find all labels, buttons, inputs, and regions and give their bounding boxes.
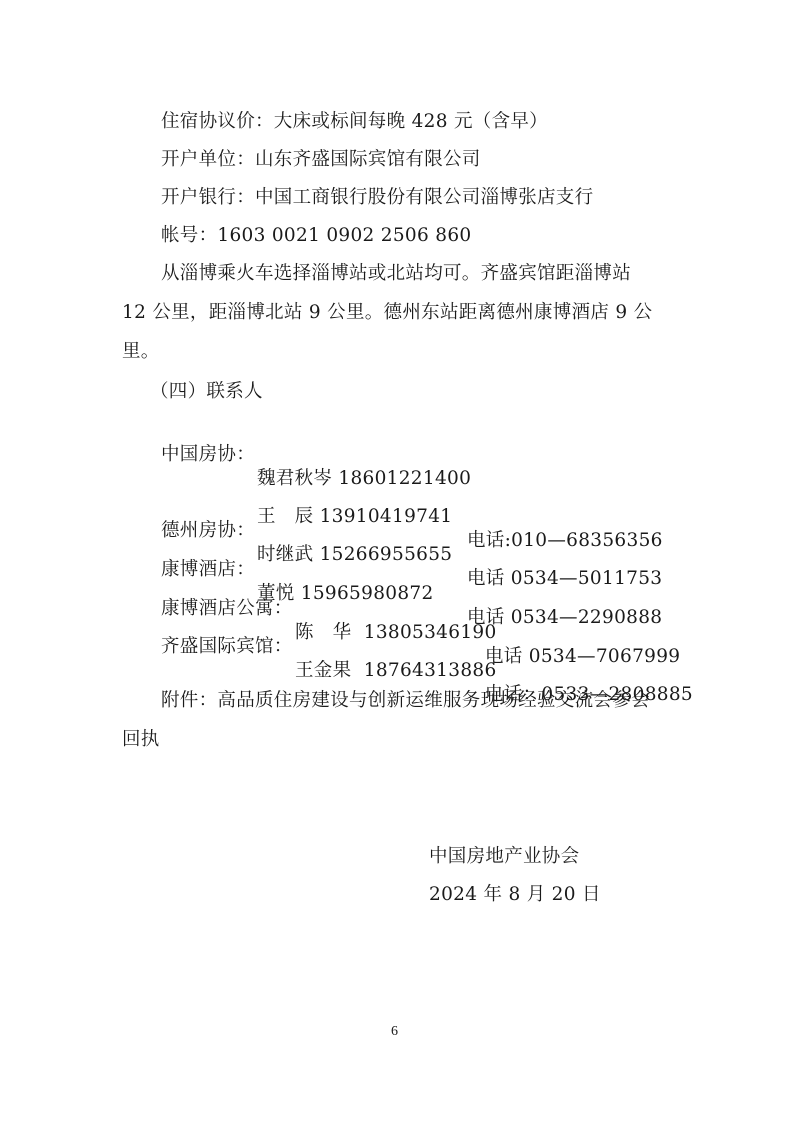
contacts-heading: （四）联系人	[150, 380, 263, 404]
attachment-line-2: 回执	[122, 728, 160, 752]
contact-person: 陈 华 13805346190	[295, 621, 497, 645]
contact-row: 齐盛国际宾馆： 王金果 18764313886 电话：0533—2808885	[161, 611, 186, 731]
page-number: 6	[391, 1024, 398, 1040]
contact-org: 齐盛国际宾馆：	[161, 635, 293, 659]
attachment-line-1: 附件：高品质住房建设与创新运维服务现场经验交流会参会	[161, 689, 650, 713]
transport-paragraph-line-1: 从淄博乘火车选择淄博站或北站均可。齐盛宾馆距淄博站	[161, 262, 631, 286]
contact-phone: 电话 0534—5011753	[467, 567, 662, 591]
lodging-price-line: 住宿协议价：大床或标间每晚 428 元（含早）	[161, 110, 548, 134]
contact-person: 魏君秋岑 18601221400	[257, 467, 471, 491]
account-holder-line: 开户单位：山东齐盛国际宾馆有限公司	[161, 148, 481, 172]
contact-person: 王金果 18764313886	[295, 659, 497, 683]
account-number-line: 帐号：1603 0021 0902 2506 860	[161, 224, 471, 248]
contact-person: 时继武 15266955655	[257, 543, 452, 567]
signature-organization: 中国房地产业协会	[429, 845, 579, 869]
contact-phone: 电话 0534—7067999	[485, 645, 680, 669]
transport-paragraph-line-2: 12 公里，距淄博北站 9 公里。德州东站距离德州康博酒店 9 公	[122, 301, 652, 325]
transport-paragraph-line-3: 里。	[122, 340, 160, 364]
signature-date: 2024 年 8 月 20 日	[429, 883, 601, 907]
contact-person: 王 辰 13910419741	[257, 505, 452, 529]
contact-phone: 电话:010—68356356	[467, 529, 663, 553]
bank-line: 开户银行：中国工商银行股份有限公司淄博张店支行	[161, 186, 593, 210]
